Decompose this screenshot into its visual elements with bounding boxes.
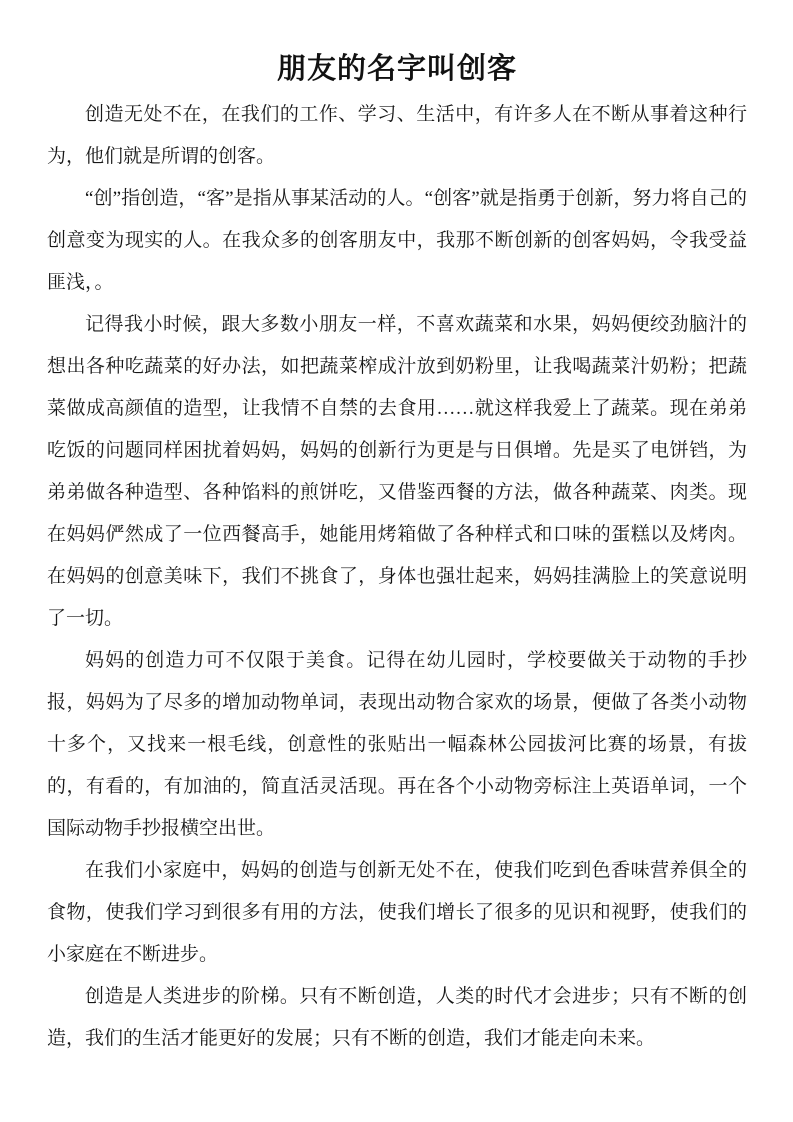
document-page: 朋友的名字叫创客 创造无处不在，在我们的工作、学习、生活中，有许多人在不断从事着…: [0, 0, 793, 1122]
essay-paragraph-4: 妈妈的创造力可不仅限于美食。记得在幼儿园时，学校要做关于动物的手抄报，妈妈为了尽…: [47, 640, 747, 850]
essay-paragraph-2: “创”指创造，“客”是指从事某活动的人。“创客”就是指勇于创新，努力将自己的创意…: [47, 178, 747, 304]
essay-title: 朋友的名字叫创客: [47, 49, 747, 89]
essay-paragraph-1: 创造无处不在，在我们的工作、学习、生活中，有许多人在不断从事着这种行为，他们就是…: [47, 94, 747, 178]
essay-paragraph-3: 记得我小时候，跟大多数小朋友一样，不喜欢蔬菜和水果，妈妈便绞劲脑汁的想出各种吃蔬…: [47, 304, 747, 640]
essay-paragraph-5: 在我们小家庭中，妈妈的创造与创新无处不在，使我们吃到色香味营养俱全的食物，使我们…: [47, 850, 747, 976]
document-content: 朋友的名字叫创客 创造无处不在，在我们的工作、学习、生活中，有许多人在不断从事着…: [0, 0, 793, 1060]
essay-paragraph-6: 创造是人类进步的阶梯。只有不断创造，人类的时代才会进步；只有不断的创造，我们的生…: [47, 976, 747, 1060]
